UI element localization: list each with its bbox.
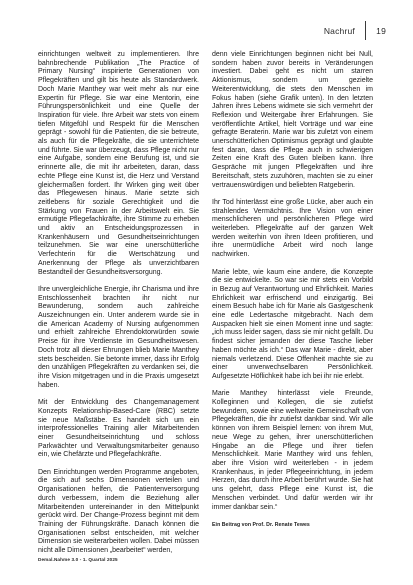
- page-footer: Demal.Nahme 3.0 - 1. Quartal 2025: [38, 557, 118, 562]
- section-label: Nachruf: [324, 26, 355, 36]
- right-column: denn viele Einrichtungen beginnen nicht …: [212, 51, 373, 556]
- paragraph: Ihr Tod hinterlässt eine große Lücke, ab…: [212, 199, 373, 260]
- paragraph: Den Einrichtungen werden Programme angeb…: [38, 469, 199, 556]
- page-number: 19: [376, 26, 386, 36]
- paragraph: Ihre unvergleichliche Energie, ihr Chari…: [38, 286, 199, 390]
- paragraph: denn viele Einrichtungen beginnen nicht …: [212, 51, 373, 190]
- footer-text: Demal.Nahme 3.0 - 1. Quartal 2025: [38, 557, 118, 562]
- page-header: Nachruf 19: [324, 21, 386, 40]
- paragraph: Marie Manthey hinterlässt viele Freunde,…: [212, 390, 373, 512]
- magazine-page: Nachruf 19 einrichtungen weltweit zu imp…: [0, 0, 413, 585]
- left-column: einrichtungen weltweit zu implementieren…: [38, 51, 199, 556]
- paragraph: einrichtungen weltweit zu implementieren…: [38, 51, 199, 277]
- paragraph: Marie lebte, wie kaum eine andere, die K…: [212, 269, 373, 382]
- paragraph: Mit der Entwicklung des Changemanagement…: [38, 399, 199, 460]
- byline: Ein Beitrag von Prof. Dr. Renate Tewes: [212, 521, 373, 530]
- article-body: einrichtungen weltweit zu implementieren…: [38, 51, 373, 556]
- header-divider: [365, 21, 366, 40]
